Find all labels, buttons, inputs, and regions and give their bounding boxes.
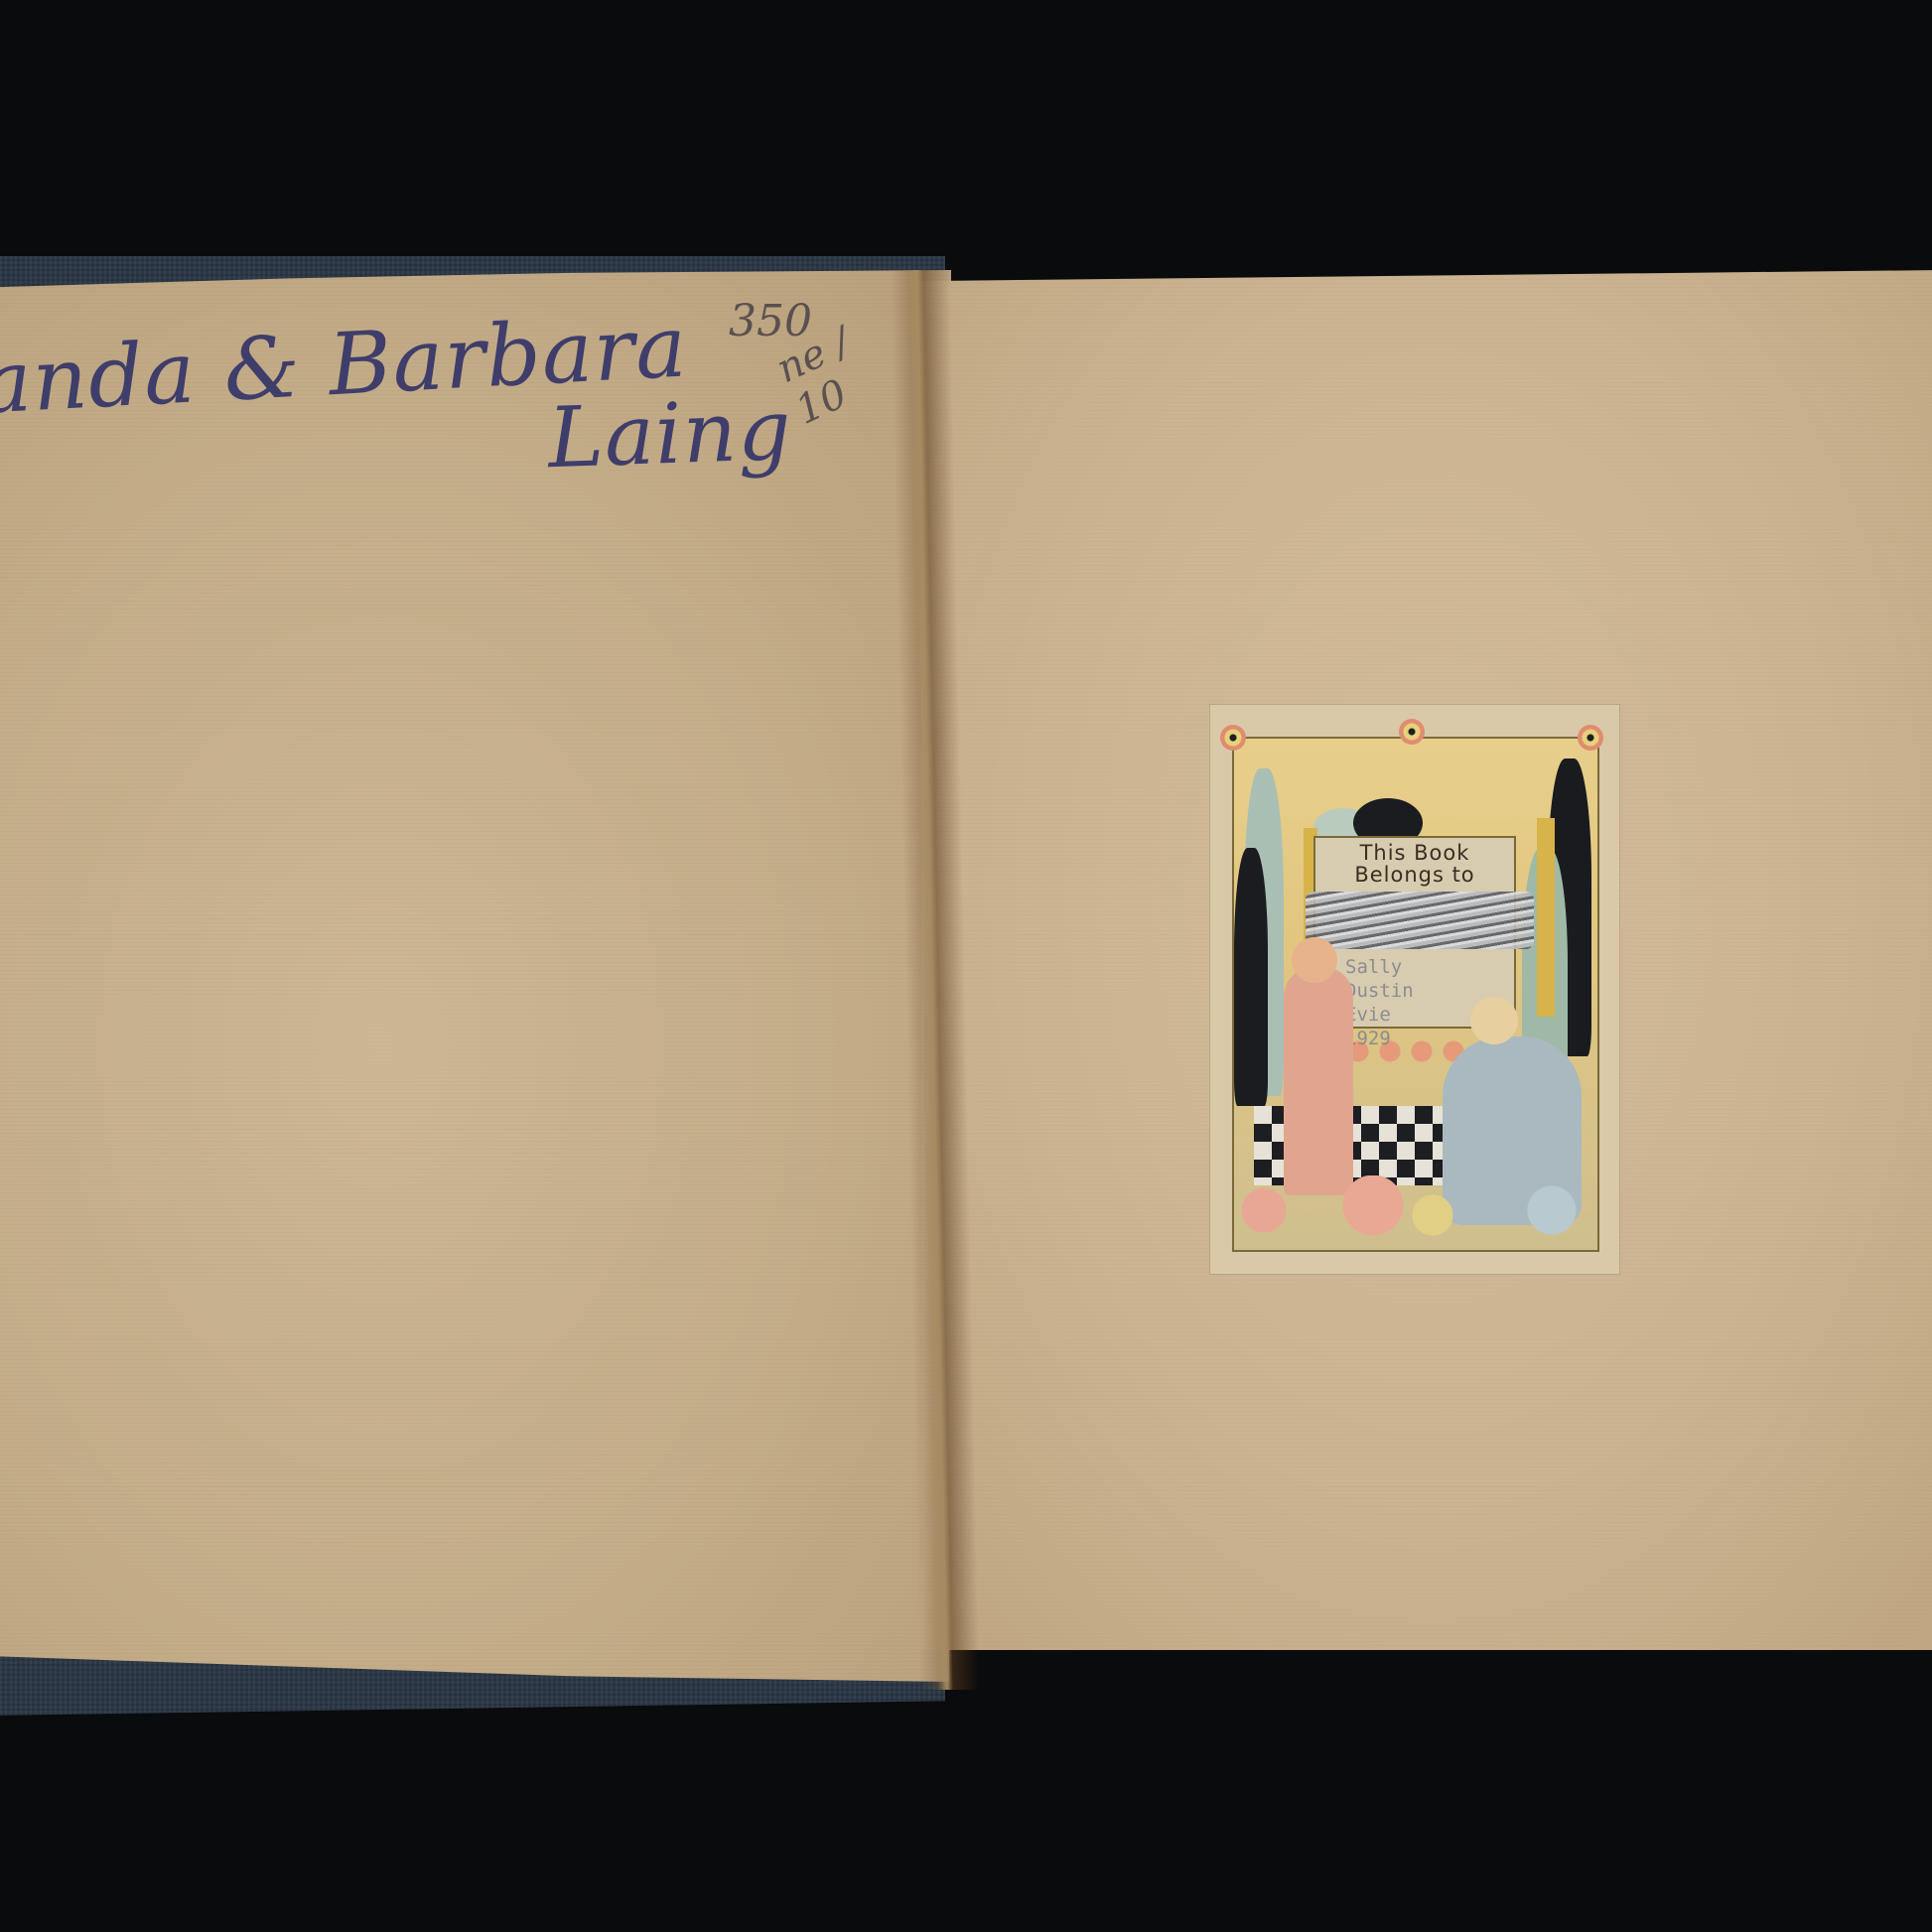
bookplate: This Book Belongs to Sally Dustin Evie 1… bbox=[1210, 705, 1619, 1274]
crossed-out-name bbox=[1306, 892, 1534, 949]
bookplate-illustration: This Book Belongs to Sally Dustin Evie 1… bbox=[1232, 737, 1599, 1252]
pencil-price-note: 350 ne / 10 bbox=[725, 296, 884, 435]
boy-figure bbox=[1284, 967, 1353, 1195]
bookplate-title: This Book Belongs to bbox=[1315, 842, 1514, 886]
book-photo: anda & Barbara Laing 350 ne / 10 This Bo… bbox=[0, 0, 1932, 1932]
inside-front-cover-page bbox=[0, 270, 951, 1682]
flower-border bbox=[1234, 1175, 1597, 1250]
boy-head bbox=[1292, 937, 1337, 983]
owner-name: Sally Dustin Evie 1929 bbox=[1345, 955, 1414, 1050]
gold-leaf-accent bbox=[1537, 818, 1555, 1017]
tree-icon bbox=[1234, 848, 1268, 1106]
flower-ornament-icon bbox=[1399, 719, 1425, 745]
girl-head bbox=[1470, 997, 1518, 1044]
flower-ornament-icon bbox=[1578, 725, 1603, 751]
flower-ornament-icon bbox=[1220, 725, 1246, 751]
